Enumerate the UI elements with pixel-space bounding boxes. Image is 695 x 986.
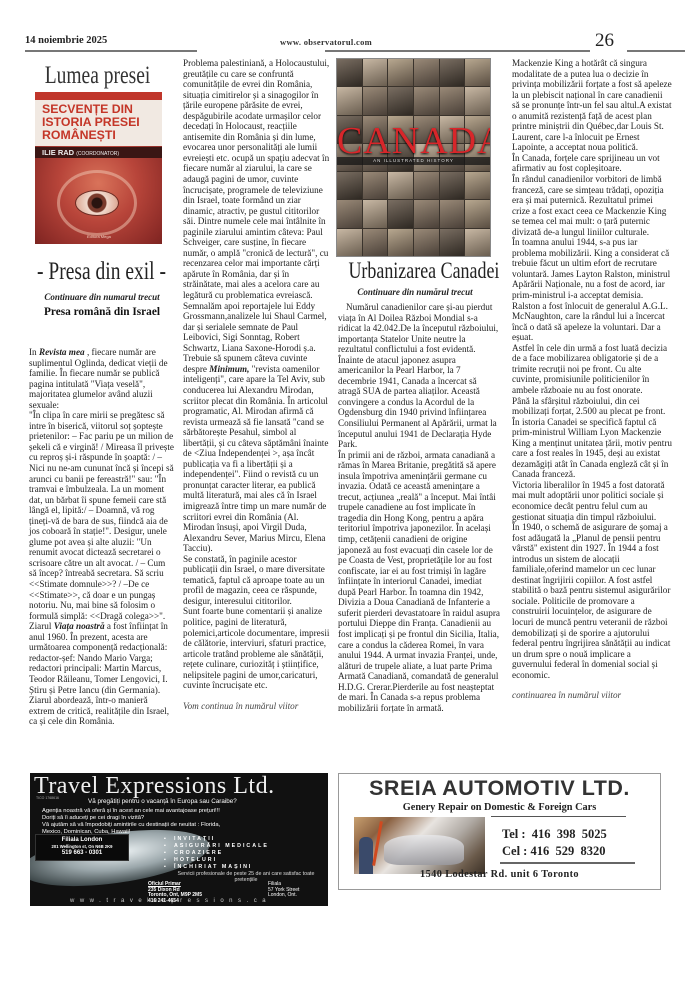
paragraph: Astfel în cele din urmă a fost luată dec…: [512, 343, 672, 396]
continued-note: Continuare din numărul trecut: [340, 287, 490, 297]
paragraph: Victoria liberalilor în 1945 a fost dato…: [512, 480, 672, 522]
ad-service-item: ASIGURĂRI MEDICALE: [174, 843, 269, 849]
page-number: 26: [595, 30, 614, 52]
header-rule: [627, 50, 685, 52]
paragraph: În rândul canadienilor vorbitori de limb…: [512, 174, 672, 237]
paragraph: Mackenzie King a hotărât că singura moda…: [512, 58, 672, 153]
book-author: ILIE RAD (COORDONATOR): [42, 148, 119, 157]
paragraph: Ziarul Viața noastră a fost înființat în…: [29, 621, 174, 695]
article-headline: - Presa din exil -: [37, 258, 158, 286]
paragraph: În toamna anului 1944, s-a pus iar probl…: [512, 237, 672, 300]
article-column-4: Mackenzie King a hotărât că singura moda…: [512, 58, 672, 701]
paragraph: În primii ani de război, armata canadian…: [338, 450, 500, 714]
paragraph: Sunt foarte bune comentarii și analize p…: [183, 606, 331, 690]
ad-text-line: Agenția noastră vă oferă și în acest an …: [42, 808, 220, 814]
article-subheadline: Presa română din Israel: [32, 306, 172, 318]
ad-service-item: ÎNCHIRIAT MAȘINI: [174, 864, 252, 870]
paragraph: Problema palestiniană, a Holocaustului, …: [183, 58, 331, 353]
page-header: 14 noiembrie 2025 www. observatorul.com …: [25, 30, 685, 52]
travel-expressions-ad[interactable]: Travel Expressions Ltd. TICO 1768616 Vă …: [30, 773, 328, 906]
eye-graphic: [75, 190, 119, 216]
article-column-2: Problema palestiniană, a Holocaustului, …: [183, 58, 331, 711]
paragraph: Ralston a fost înlocuit de generalul A.G…: [512, 301, 672, 343]
paragraph: Se constată, în paginile acestor publica…: [183, 554, 331, 607]
paragraph: În Canada, forțele care sprijineau un vo…: [512, 153, 672, 174]
ad-text-line: Doriți să îi aduceți pe cei dragi în viz…: [42, 815, 144, 821]
book-cover-image: SECVENȚE DIN ISTORIA PRESEI ROMÂNEȘTI IL…: [35, 92, 162, 244]
canada-cover-subtitle: AN ILLUSTRATED HISTORY: [337, 157, 490, 165]
paragraph: "În clipa în care mirii se pregătesc să …: [29, 410, 174, 621]
paragraph: In Revista mea , fiecare număr are supli…: [29, 347, 174, 410]
paragraph: Ziarul abordează, într-o manieră extrem …: [29, 695, 174, 727]
book-title: SECVENȚE DIN ISTORIA PRESEI ROMÂNEȘTI: [42, 103, 140, 142]
cover-band: [35, 92, 162, 100]
car-repair-photo: [354, 817, 485, 874]
ad-license: TICO 1768616: [36, 796, 59, 800]
ad-service-item: HOTELURI: [174, 857, 217, 863]
book-publisher: Editura Mega: [87, 234, 111, 239]
continued-note: Continuare din numarul trecut: [32, 292, 172, 302]
article-column-1: In Revista mea , fiecare număr are supli…: [29, 347, 174, 727]
branch-info: Filiala 57 York Street London, Ont.: [268, 882, 299, 899]
ad-service-item: CROAZIERE: [174, 850, 223, 856]
to-be-continued-note: Vom continua în numărul viitor: [183, 701, 331, 712]
paragraph: Numărul canadienilor care și-au pierdut …: [338, 302, 500, 450]
to-be-continued-note: continuarea în numărul viitor: [512, 690, 672, 701]
article-column-3: Numărul canadienilor care și-au pierdut …: [338, 302, 500, 713]
ad-phone-numbers: Tel : 416 398 5025Cel : 416 529 8320: [502, 826, 607, 859]
header-rule: [25, 50, 197, 52]
ad-company-name: Travel Expressions Ltd.: [34, 773, 275, 800]
ad-service-item: INVITAȚII: [174, 836, 215, 842]
section-title: Lumea presei: [37, 62, 158, 90]
website-link[interactable]: www. observatorul.com: [280, 37, 372, 47]
divider: [500, 862, 635, 864]
london-branch-box: Filiala London 201 Wellington st, On N6B…: [35, 834, 129, 861]
sreia-automotiv-ad[interactable]: SREIA AUTOMOTIV LTD. Genery Repair on Do…: [338, 773, 661, 890]
tel-number[interactable]: Tel : 416 398 5025: [502, 826, 607, 843]
paragraph: Până la sfârșitul războiului, din cei mo…: [512, 396, 672, 480]
car-icon: [384, 835, 464, 865]
ad-company-name: SREIA AUTOMOTIV LTD.: [339, 776, 660, 801]
article-headline: Urbanizarea Canadei: [348, 258, 479, 284]
paragraph: Trebuie să spunem câteva cuvinte despre …: [183, 353, 331, 553]
ad-tagline: Vă pregătiți pentru o vacanță în Europa …: [88, 798, 237, 805]
ad-tagline: Genery Repair on Domestic & Foreign Cars: [339, 802, 660, 813]
issue-date: 14 noiembrie 2025: [25, 35, 107, 46]
paragraph: În 1940, o schemă de asigurare de șomaj …: [512, 522, 672, 680]
divider: [491, 816, 626, 817]
cel-number[interactable]: Cel : 416 529 8320: [502, 843, 607, 860]
ad-text-line: Vă ajutăm să vă împodobiți amintirile cu…: [42, 822, 220, 828]
ad-address: 1540 Lodestar Rd. unit 6 Toronto: [339, 869, 660, 880]
ad-website-link[interactable]: www.travelexpressions.ca: [70, 898, 271, 904]
header-rule: [325, 50, 590, 52]
canada-book-cover-image: CANADA AN ILLUSTRATED HISTORY: [336, 58, 491, 257]
